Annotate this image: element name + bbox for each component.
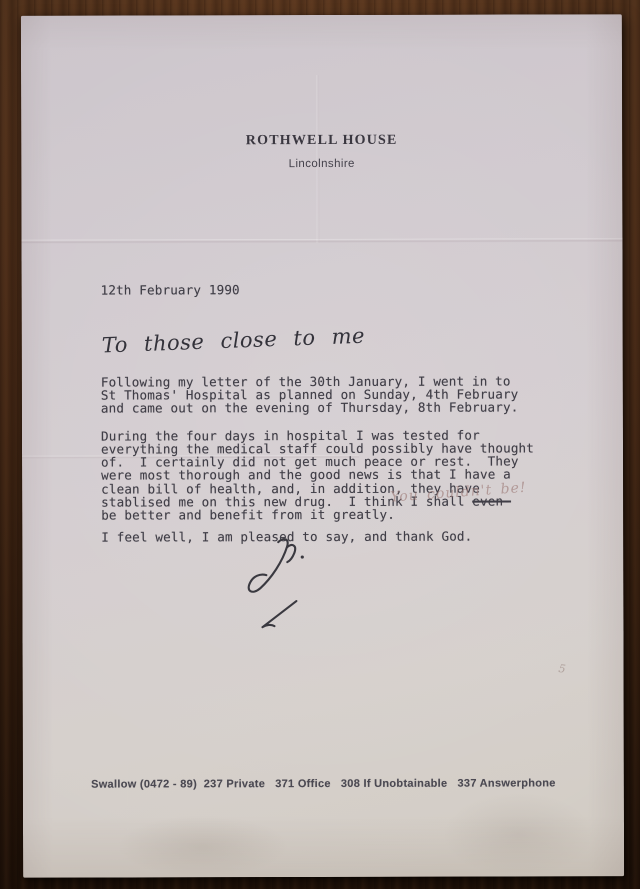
date-line: 12th February 1990: [101, 282, 563, 297]
faint-margin-mark: 5: [558, 662, 567, 676]
letterhead-house-name: ROTHWELL HOUSE: [21, 132, 622, 150]
letterhead-county: Lincolnshire: [21, 157, 622, 171]
paragraph-1: Following my letter of the 30th January,…: [101, 374, 563, 415]
fold-crease-upper: [21, 238, 622, 244]
signature-initial-stroke: [287, 545, 295, 562]
letterhead: ROTHWELL HOUSE Lincolnshire: [21, 132, 622, 171]
handwritten-signature-icon: [232, 535, 332, 639]
letterhead-footer-phones: Swallow (0472 - 89) 237 Private 371 Offi…: [23, 777, 624, 791]
photo-wood-table-background: ROTHWELL HOUSE Lincolnshire 12th Februar…: [0, 0, 640, 889]
paragraph-2: During the four days in hospital I was t…: [101, 428, 563, 522]
signature-initial-stroke: [249, 539, 288, 592]
signature-flourish-stroke: [262, 601, 296, 627]
paper-stain: [443, 792, 593, 876]
letter-paper: ROTHWELL HOUSE Lincolnshire 12th Februar…: [21, 14, 624, 878]
paper-stain: [118, 815, 288, 877]
handwritten-salutation: To those close to me: [101, 321, 442, 358]
signature-dot: [301, 555, 304, 558]
